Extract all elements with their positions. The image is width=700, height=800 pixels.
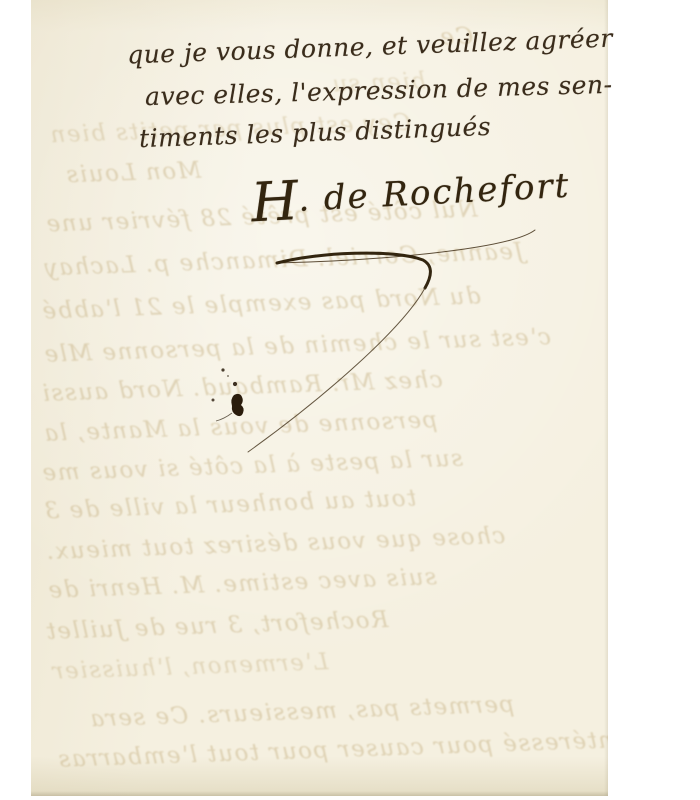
- paper-bottom-edge: [31, 791, 608, 796]
- signature-name: . de Rochefort: [297, 166, 571, 220]
- letter-page: Ce bien su Cey est plus par petits bien …: [31, 0, 608, 796]
- signature-initial: H: [250, 169, 300, 234]
- letter-closing-line: avec elles, l'expression de mes sen-: [145, 70, 613, 111]
- letter-closing-line: que je vous donne, et veuillez agréer: [127, 24, 614, 70]
- signature: H. de Rochefort: [250, 160, 572, 231]
- handwriting-layer: que je vous donne, et veuillez agréer av…: [31, 0, 608, 796]
- paper-right-edge: [604, 0, 608, 796]
- scanned-letter: Ce bien su Cey est plus par petits bien …: [0, 0, 700, 800]
- letter-closing-line: timents les plus distingués: [139, 112, 492, 153]
